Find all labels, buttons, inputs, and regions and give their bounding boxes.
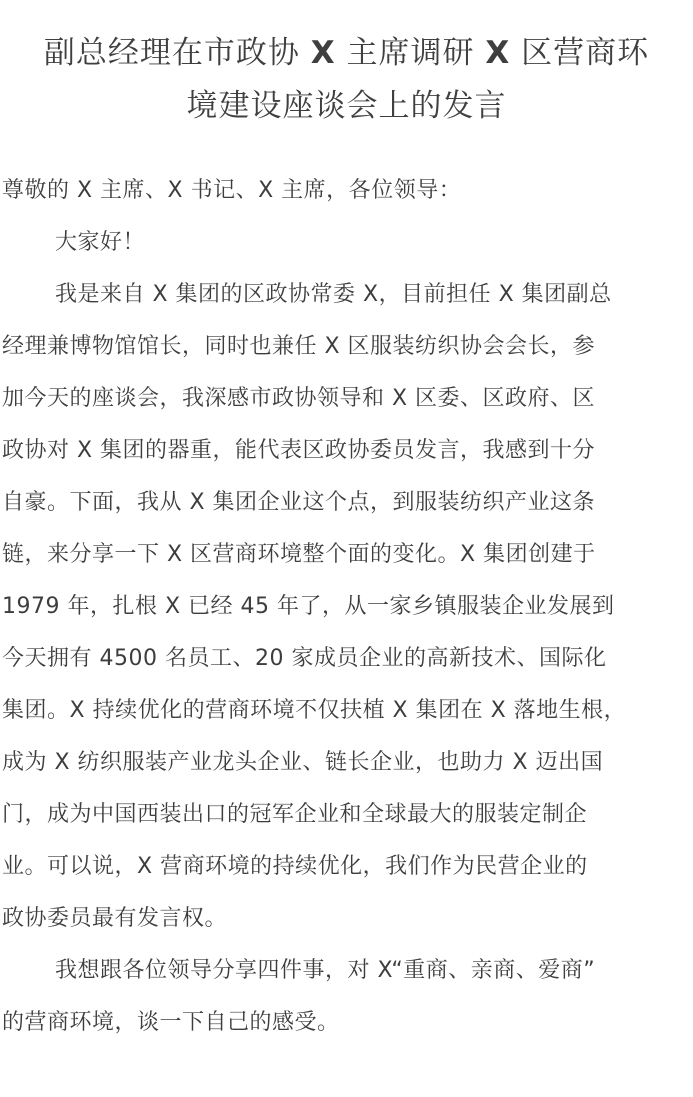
salutation: 尊敬的 X 主席、X 书记、X 主席，各位领导： <box>0 165 693 217</box>
title-line-2: 境建设座谈会上的发言 <box>0 80 693 133</box>
document-title: 副总经理在市政协 X 主席调研 X 区营商环 境建设座谈会上的发言 <box>0 0 693 133</box>
paragraph-line: 政协委员最有发言权。 <box>0 893 693 945</box>
title-line-1: 副总经理在市政协 X 主席调研 X 区营商环 <box>0 27 693 80</box>
paragraph-1: 我是来自 X 集团的区政协常委 X，目前担任 X 集团副总 经理兼博物馆馆长，同… <box>0 269 693 945</box>
paragraph-line: 1979 年，扎根 X 已经 45 年了，从一家乡镇服装企业发展到 <box>0 581 693 633</box>
paragraph-line: 集团。X 持续优化的营商环境不仅扶植 X 集团在 X 落地生根， <box>0 685 693 737</box>
paragraph-line: 门，成为中国西装出口的冠军企业和全球最大的服装定制企 <box>0 789 693 841</box>
speech-body: 尊敬的 X 主席、X 书记、X 主席，各位领导： 大家好！ 我是来自 X 集团的… <box>0 165 693 1049</box>
paragraph-2: 我想跟各位领导分享四件事，对 X“重商、亲商、爱商” 的营商环境，谈一下自己的感… <box>0 945 693 1049</box>
paragraph-line: 自豪。下面，我从 X 集团企业这个点，到服装纺织产业这条 <box>0 477 693 529</box>
paragraph-line: 我是来自 X 集团的区政协常委 X，目前担任 X 集团副总 <box>0 269 693 321</box>
document-page: 副总经理在市政协 X 主席调研 X 区营商环 境建设座谈会上的发言 尊敬的 X … <box>0 0 693 1049</box>
paragraph-line: 加今天的座谈会，我深感市政协领导和 X 区委、区政府、区 <box>0 373 693 425</box>
paragraph-line: 今天拥有 4500 名员工、20 家成员企业的高新技术、国际化 <box>0 633 693 685</box>
paragraph-line: 经理兼博物馆馆长，同时也兼任 X 区服装纺织协会会长，参 <box>0 321 693 373</box>
paragraph-line: 政协对 X 集团的器重，能代表区政协委员发言，我感到十分 <box>0 425 693 477</box>
paragraph-line: 的营商环境，谈一下自己的感受。 <box>0 997 693 1049</box>
paragraph-line: 我想跟各位领导分享四件事，对 X“重商、亲商、爱商” <box>0 945 693 997</box>
greeting: 大家好！ <box>0 217 693 269</box>
title-line-2-text: 境建设座谈会上的发言 <box>187 88 507 124</box>
paragraph-line: 成为 X 纺织服装产业龙头企业、链长企业，也助力 X 迈出国 <box>0 737 693 789</box>
paragraph-line: 链，来分享一下 X 区营商环境整个面的变化。X 集团创建于 <box>0 529 693 581</box>
paragraph-line: 业。可以说，X 营商环境的持续优化，我们作为民营企业的 <box>0 841 693 893</box>
title-line-1-text: 副总经理在市政协 X 主席调研 X 区营商环 <box>44 35 649 71</box>
